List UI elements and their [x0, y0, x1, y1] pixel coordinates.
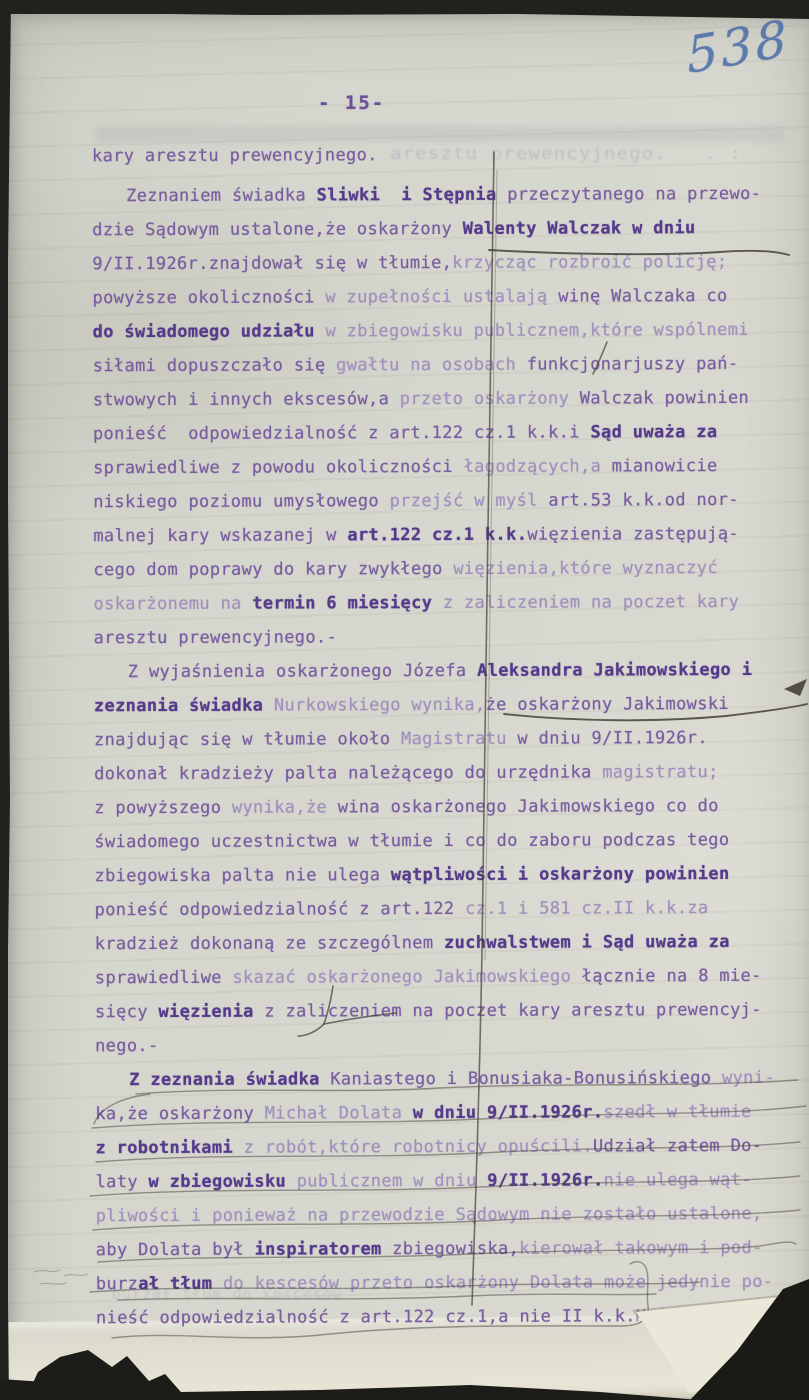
text-segment: siłami dopuszczało się — [93, 355, 337, 376]
text-segment: cz.1 i 581 cz.II k.k.za — [465, 898, 709, 919]
text-segment: Magistratu — [401, 729, 518, 749]
text-segment: znajdując się w tłumie około — [94, 729, 401, 750]
text-segment: Walenty Walczak w dniu — [463, 218, 696, 239]
typewritten-line: siłami dopuszczało się gwałtu na osobach… — [93, 347, 793, 383]
text-segment: Nurkowskiego wynika, — [274, 695, 486, 716]
text-segment: dzie Sądowym ustalone,że oskarżony — [92, 219, 463, 240]
text-segment: zbiegowiska palta nie ulega — [94, 865, 390, 886]
text-segment: aresztu prewencyjnego.- — [94, 627, 338, 648]
text-segment: powyższe okoliczności — [92, 287, 325, 308]
text-segment: nieść odpowiedzialność z art.122 cz.1,a … — [96, 1306, 636, 1328]
text-segment: Walczak powinien — [580, 388, 749, 409]
text-segment: świadomego uczestnictwa w tłumie i co do… — [94, 830, 729, 852]
typewritten-line: zeznania świadka Nurkowskiego wynika,że … — [94, 687, 794, 723]
text-segment: aby Dolata był — [96, 1240, 255, 1261]
typewritten-line: ka,że oskarżony Michał Dolata w dniu 9/I… — [95, 1095, 795, 1131]
typewritten-line: sprawiedliwe skazać oskarżonego Jakimows… — [95, 959, 795, 995]
text-segment: termin 6 miesięcy — [252, 593, 432, 614]
typewritten-line: burzał tłum do kescesów przeto oskarżony… — [96, 1265, 796, 1301]
text-segment: publicznem w dniu — [297, 1171, 488, 1192]
text-segment: inspiratorem — [255, 1239, 393, 1259]
text-segment: burz — [96, 1274, 138, 1294]
typewritten-line: zbiegowiska palta nie ulega wątpliwości … — [94, 857, 794, 893]
typewritten-line: Z zeznania świadka Kaniastego i Bonusiak… — [95, 1061, 795, 1097]
typewritten-line: cego dom poprawy do kary zwykłego więzie… — [93, 551, 793, 587]
text-segment: Kaniastego i Bonusiaka-Bonusińskiego — [330, 1068, 722, 1089]
text-segment: wątpliwości i oskarżony powinien — [391, 864, 730, 885]
typewritten-line: dzie Sądowym ustalone,że oskarżony Walen… — [92, 211, 792, 247]
text-segment: przeto oskarżony — [400, 389, 580, 410]
text-segment: ał tłum — [138, 1274, 223, 1294]
text-segment: funkcjonarjuszy pań- — [527, 354, 739, 375]
typewritten-line: laty w zbiegowisku publicznem w dniu 9/I… — [95, 1163, 795, 1199]
text-segment: winę Walczaka co — [558, 286, 727, 307]
text-segment: stwowych i innych ekscesów,a — [93, 389, 400, 410]
text-segment: Sliwki i Stępnia — [317, 185, 497, 206]
typewritten-line: z powyższego wynika,że wina oskarżonego … — [94, 789, 794, 825]
text-segment: szedł w tłumie — [603, 1102, 751, 1123]
text-segment: wynika,że — [232, 797, 338, 817]
text-segment: niskiego poziomu umysłowego — [93, 491, 389, 512]
text-segment: przejść w myśl — [390, 491, 549, 512]
typewritten-line: kary aresztu prewencyjnego. — [92, 137, 792, 173]
page-number: - 15- — [318, 92, 385, 114]
typewritten-line: do świadomego udziału w zbiegowisku publ… — [93, 313, 793, 349]
text-segment: łącznie na 8 mie- — [582, 966, 762, 987]
typewritten-line: pliwości i ponieważ na przewodzie Sądowy… — [96, 1197, 796, 1233]
text-segment: kierował takowym i pod- — [519, 1238, 763, 1259]
typewritten-line: aby Dolata był inspiratorem zbiegowiska,… — [96, 1231, 796, 1267]
text-segment: Aleksandra Jakimowskiego i — [477, 660, 752, 681]
text-segment: malnej kary wskazanej w — [93, 525, 347, 546]
text-segment: pliwości i ponieważ na przewodzie Sądowy… — [96, 1204, 763, 1226]
text-segment: więzienia — [158, 1002, 264, 1022]
text-segment: zeznania świadka — [94, 696, 274, 717]
text-segment: Udział zatem Do- — [593, 1136, 762, 1157]
typewritten-line: ponieść odpowiedzialność z art.122 cz.1 … — [93, 415, 793, 451]
text-segment: z powyższego — [94, 798, 232, 818]
text-segment: wyni- — [722, 1068, 775, 1088]
text-segment: ponieść odpowiedzialność z art.122 cz.1 … — [93, 422, 591, 444]
typewritten-line: sprawiedliwe z powodu okoliczności łagod… — [93, 449, 793, 485]
typewritten-line: znajdując się w tłumie około Magistratu … — [94, 721, 794, 757]
typewritten-line: Zeznaniem świadka Sliwki i Stępnia przec… — [92, 177, 792, 213]
text-segment: Zeznaniem świadka — [126, 185, 317, 206]
text-segment: magistratu; — [602, 762, 719, 782]
text-segment: w zbiegowisku publicznem,które wspólnemi — [325, 320, 748, 341]
text-segment: 9/II.1926r.znajdował się w tłumie, — [92, 253, 452, 274]
text-segment: art.122 cz.1 k.k. — [347, 525, 527, 546]
text-segment: zbiegowiska, — [392, 1239, 519, 1259]
text-segment: art.53 k.k.od nor- — [548, 490, 739, 511]
text-segment: nego.- — [95, 1036, 159, 1056]
text-segment: cego dom poprawy do kary zwykłego — [93, 559, 453, 580]
text-segment: ka,że oskarżony — [95, 1104, 264, 1125]
text-segment: Z wyjaśnienia oskarżonego Józefa — [128, 661, 477, 682]
typewritten-line: powyższe okoliczności w zupełności ustal… — [92, 279, 792, 315]
typewritten-line: nego.- — [95, 1027, 795, 1063]
text-segment: skazać oskarżonego Jakimowskiego — [232, 967, 581, 988]
text-segment: więzienia,które wyznaczyć — [453, 558, 718, 579]
typewritten-line: niskiego poziomu umysłowego przejść w my… — [93, 483, 793, 519]
text-segment: sprawiedliwe — [95, 968, 233, 988]
typewritten-line: ponieść odpowiedzialność z art.122 cz.1 … — [95, 891, 795, 927]
text-segment: kary aresztu prewencyjnego. — [92, 145, 378, 166]
text-segment: w zupełności ustalają — [325, 287, 558, 308]
typewritten-line: z robotnikami z robót,które robotnicy op… — [95, 1129, 795, 1165]
text-segment: zuchwalstwem i Sąd uważa za — [444, 932, 730, 953]
text-segment: więzienia zastępują- — [527, 524, 739, 545]
text-segment: gwałtu na osobach — [336, 355, 527, 376]
text-segment: krzycząc rozbroić policję; — [452, 252, 727, 273]
text-segment: z robotnikami — [95, 1138, 243, 1159]
text-segment: kradzież dokonaną ze szczególnem — [95, 933, 444, 954]
typewritten-line: sięcy więzienia z zaliczeniem na poczet … — [95, 993, 795, 1029]
text-segment: w dniu 9/II.1926r. — [413, 1102, 604, 1123]
text-segment: do kescesów przeto oskarżony Dolata może… — [223, 1272, 773, 1294]
typewritten-line: nieść odpowiedzialność z art.122 cz.1,a … — [96, 1299, 796, 1335]
scanned-document-page: 538 - 15- aresztu prewencyjnego. . : bur… — [0, 0, 809, 1400]
typewritten-line: Z wyjaśnienia oskarżonego Józefa Aleksan… — [94, 653, 794, 689]
text-segment: że oskarżony Jakimowski — [486, 694, 730, 715]
text-segment: sięcy — [95, 1002, 159, 1022]
typewritten-line: oskarżonemu na termin 6 miesięcy z zalic… — [93, 585, 793, 621]
text-segment: z zaliczeniem na poczet kary aresztu pre… — [264, 1000, 762, 1022]
text-segment: ponieść odpowiedzialność z art.122 — [95, 899, 466, 920]
text-segment: Z zeznania świadka — [129, 1069, 330, 1090]
typewritten-line: malnej kary wskazanej w art.122 cz.1 k.k… — [93, 517, 793, 553]
text-segment: z zaliczeniem na poczet kary — [432, 592, 739, 613]
text-segment: Sąd uważa za — [590, 422, 717, 442]
text-segment: Michał Dolata — [265, 1103, 413, 1124]
text-segment: Mając dalej — [636, 1306, 753, 1326]
typewritten-line: 9/II.1926r.znajdował się w tłumie,krzycz… — [92, 245, 792, 281]
text-segment: w zbiegowisku — [148, 1172, 296, 1193]
text-segment: nie ulega wąt- — [604, 1170, 752, 1191]
text-segment: wina oskarżonego Jakimowskiego co do — [338, 796, 719, 817]
text-segment: do świadomego udziału — [93, 321, 326, 342]
typewritten-line: dokonał kradzieży palta należącego do ur… — [94, 755, 794, 791]
text-segment: dokonał kradzieży palta należącego do ur… — [94, 762, 602, 784]
typewritten-line: świadomego uczestnictwa w tłumie i co do… — [94, 823, 794, 859]
text-segment: z robót,które robotnicy opuścili. — [244, 1136, 593, 1157]
text-segment: 9/II.1926r. — [487, 1170, 604, 1190]
typewritten-line: kradzież dokonaną ze szczególnem zuchwal… — [95, 925, 795, 961]
typewritten-line: aresztu prewencyjnego.- — [94, 619, 794, 655]
text-segment: oskarżonemu na — [94, 594, 253, 615]
text-segment: łagodzących,a — [464, 456, 612, 477]
text-segment: sprawiedliwe z powodu okoliczności — [93, 457, 464, 478]
text-segment: w dniu 9/II.1926r. — [517, 728, 708, 749]
typewritten-text: kary aresztu prewencyjnego.Zeznaniem świ… — [92, 137, 796, 1335]
typewritten-line: stwowych i innych ekscesów,a przeto oska… — [93, 381, 793, 417]
text-segment: laty — [96, 1172, 149, 1192]
text-segment: przeczytanego na przewo- — [497, 184, 762, 205]
text-segment: mianowicie — [612, 456, 718, 476]
